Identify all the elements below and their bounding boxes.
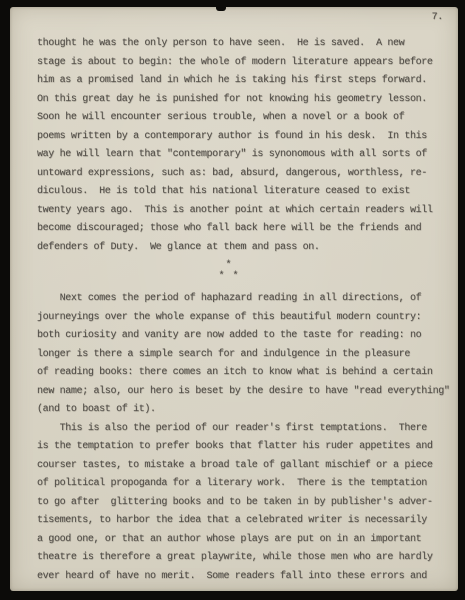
scan-background: { "page": { "number": "7.", "divider": {… xyxy=(0,0,465,600)
paragraph-continuation: thought he was the only person to have s… xyxy=(37,35,451,257)
typed-text-block: thought he was the only person to have s… xyxy=(37,35,451,586)
scan-artifact-notch xyxy=(216,0,226,11)
asterisk-top: * xyxy=(37,260,421,271)
paragraph-haphazard-reading: Next comes the period of haphazard readi… xyxy=(37,290,451,420)
paragraph-first-temptations: This is also the period of our reader's … xyxy=(37,420,451,587)
manuscript-page: 7. thought he was the only person to hav… xyxy=(10,7,458,591)
asterisk-bottom: * * xyxy=(37,271,421,282)
page-number: 7. xyxy=(432,12,443,23)
asterisk-divider: * * * xyxy=(37,260,421,282)
